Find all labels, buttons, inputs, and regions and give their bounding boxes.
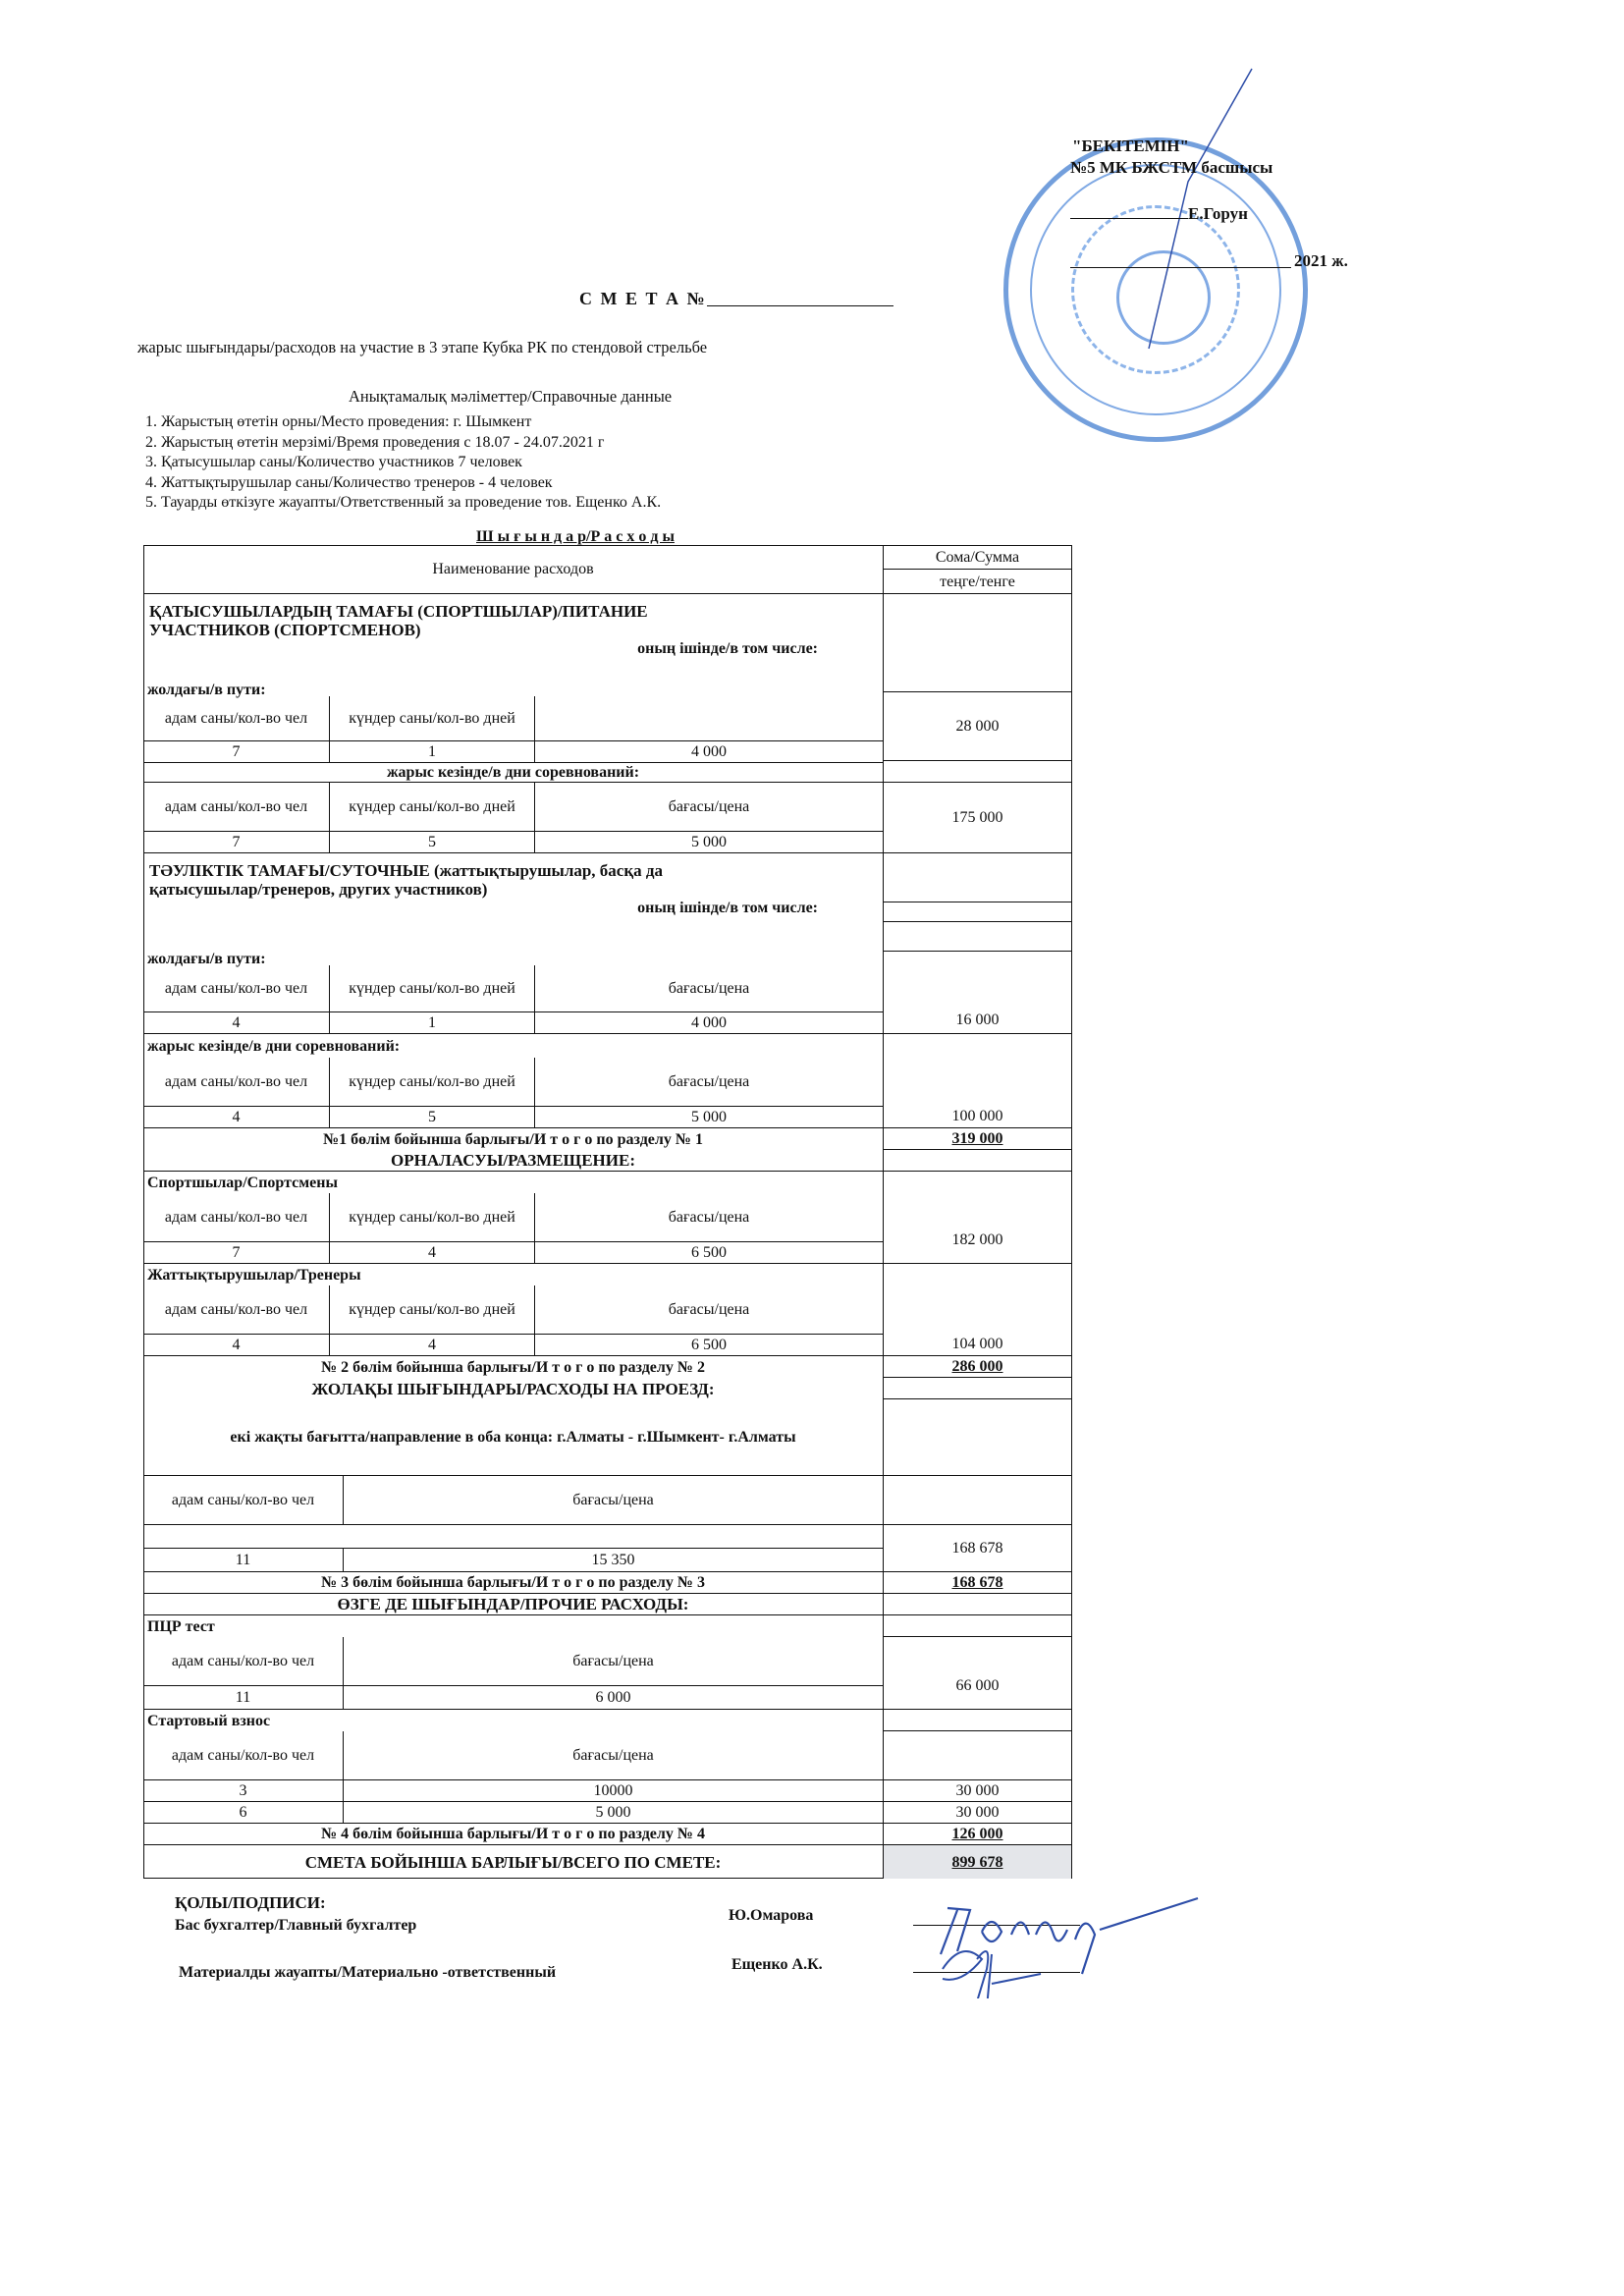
label-people: адам саны/кол-во чел (143, 1193, 330, 1242)
reference-item: 3. Қатысушылар саны/Количество участнико… (145, 453, 661, 473)
value-people: 7 (143, 1242, 330, 1264)
section-2-total: 286 000 (884, 1356, 1072, 1378)
sum-empty (884, 1615, 1072, 1637)
reference-list: 1. Жарыстың өтетін орны/Место проведения… (145, 412, 661, 514)
subsection-label: Жаттықтырушылар/Тренеры (143, 1264, 884, 1285)
value-days: 5 (330, 832, 535, 853)
subsection-label: Спортшылар/Спортсмены (143, 1172, 884, 1193)
value-sum: 175 000 (884, 783, 1072, 853)
value-sum: 30 000 (884, 1802, 1072, 1824)
including-label: оның ішінде/в том числе: (637, 899, 818, 917)
subsection-label: жарыс кезінде/в дни соревнований: (143, 1034, 884, 1058)
sum-empty (884, 1378, 1072, 1399)
chief-signature (903, 1881, 1218, 1998)
responsible-name: Ещенко А.К. (731, 1956, 823, 1974)
value-days: 4 (330, 1335, 535, 1356)
reference-heading: Анықтамалық мәліметтер/Справочные данные (349, 387, 672, 407)
value-days: 1 (330, 1012, 535, 1034)
label-people: адам саны/кол-во чел (143, 1731, 344, 1780)
subsection-label: ПЦР тест (143, 1615, 884, 1637)
reference-item: 1. Жарыстың өтетін орны/Место проведения… (145, 412, 661, 433)
approval-position: №5 МК БЖСТМ басшысы (1070, 157, 1272, 179)
value-price: 6 500 (535, 1242, 884, 1264)
column-header-name: Наименование расходов (143, 545, 884, 594)
subsection-label: жарыс кезінде/в дни соревнований: (143, 763, 884, 783)
reference-item: 4. Жаттықтырушылар саны/Количество трене… (145, 473, 661, 494)
reference-item: 5. Тауарды өткізуге жауапты/Ответственны… (145, 493, 661, 514)
value-price: 15 350 (344, 1549, 884, 1572)
sum-empty (884, 1476, 1072, 1525)
reference-item: 2. Жарыстың өтетін мерзімі/Время проведе… (145, 433, 661, 454)
section-1b-header: ТӘУЛІКТІК ТАМАҒЫ/СУТОЧНЫЕ (жаттықтырушыл… (143, 853, 884, 952)
sum-empty (884, 853, 1072, 902)
value-sum: 104 000 (884, 1264, 1072, 1356)
value-people: 7 (143, 741, 330, 763)
approval-year: 2021 ж. (1294, 251, 1348, 271)
section-1-header: ҚАТЫСУШЫЛАРДЫҢ ТАМАҒЫ (СПОРТШЫЛАР)/ПИТАН… (143, 594, 884, 683)
label-price: бағасы/цена (535, 1193, 884, 1242)
label-price: бағасы/цена (535, 1058, 884, 1107)
sum-empty (884, 1150, 1072, 1172)
sum-empty (884, 1731, 1072, 1780)
grand-total: 899 678 (884, 1845, 1072, 1879)
section-title: ҚАТЫСУШЫЛАРДЫҢ ТАМАҒЫ (СПОРТШЫЛАР)/ПИТАН… (149, 602, 758, 639)
section-1-total: 319 000 (884, 1128, 1072, 1150)
label-people: адам саны/кол-во чел (143, 1058, 330, 1107)
value-sum: 100 000 (884, 1034, 1072, 1128)
value-price: 5 000 (535, 1107, 884, 1128)
label-price: бағасы/цена (535, 783, 884, 832)
value-price: 6 500 (535, 1335, 884, 1356)
label-people: адам саны/кол-во чел (143, 696, 330, 741)
value-sum: 28 000 (884, 692, 1072, 761)
value-sum: 16 000 (884, 952, 1072, 1034)
blank-row (143, 1525, 884, 1549)
value-people: 4 (143, 1012, 330, 1034)
value-people: 3 (143, 1780, 344, 1802)
value-sum: 30 000 (884, 1780, 1072, 1802)
subsection-label: жолдағы/в пути: (143, 683, 884, 696)
sum-empty (884, 1710, 1072, 1731)
chief-accountant-name: Ю.Омарова (729, 1907, 813, 1925)
chief-accountant-role: Бас бухгалтер/Главный бухгалтер (175, 1917, 416, 1935)
value-price: 4 000 (535, 1012, 884, 1034)
section-2-header: ОРНАЛАСУЫ/РАЗМЕЩЕНИЕ: (143, 1150, 884, 1172)
value-people: 11 (143, 1549, 344, 1572)
section-4-total-label: № 4 бөлім бойынша барлығы/И т о г о по р… (143, 1824, 884, 1845)
value-price: 4 000 (535, 741, 884, 763)
value-days: 1 (330, 741, 535, 763)
approval-block: "БЕКІТЕМІН" №5 МК БЖСТМ басшысы (1070, 136, 1272, 179)
label-people: адам саны/кол-во чел (143, 783, 330, 832)
section-2-total-label: № 2 бөлім бойынша барлығы/И т о г о по р… (143, 1356, 884, 1378)
label-people: адам саны/кол-во чел (143, 965, 330, 1012)
value-price: 10000 (344, 1780, 884, 1802)
label-price: бағасы/цена (535, 1285, 884, 1335)
column-header-currency: теңге/тенге (884, 570, 1072, 594)
value-people: 4 (143, 1107, 330, 1128)
label-price: бағасы/цена (344, 1637, 884, 1686)
label-days: күндер саны/кол-во дней (330, 1058, 535, 1107)
value-price: 5 000 (344, 1802, 884, 1824)
value-sum: 182 000 (884, 1172, 1072, 1264)
section-4-total: 126 000 (884, 1824, 1072, 1845)
subsection-label: Стартовый взнос (143, 1710, 884, 1731)
value-people: 7 (143, 832, 330, 853)
label-people: адам саны/кол-во чел (143, 1637, 344, 1686)
label-people: адам саны/кол-во чел (143, 1476, 344, 1525)
document-title: С М Е Т А № (579, 289, 707, 309)
value-days: 5 (330, 1107, 535, 1128)
section-4-header: ӨЗГЕ ДЕ ШЫҒЫНДАР/ПРОЧИЕ РАСХОДЫ: (143, 1594, 884, 1615)
document-subtitle: жарыс шығындары/расходов на участие в 3 … (137, 338, 707, 357)
label-price: бағасы/цена (344, 1476, 884, 1525)
approval-date-line (1070, 267, 1291, 268)
approval-name: Е.Горун (1188, 204, 1248, 224)
value-price: 5 000 (535, 832, 884, 853)
sum-empty (884, 922, 1072, 952)
value-days: 4 (330, 1242, 535, 1264)
label-days: күндер саны/кол-во дней (330, 965, 535, 1012)
label-price: бағасы/цена (344, 1731, 884, 1780)
label-days: күндер саны/кол-во дней (330, 783, 535, 832)
approval-title: "БЕКІТЕМІН" (1072, 136, 1272, 157)
column-header-sum: Сома/Сумма (884, 545, 1072, 570)
sum-empty (884, 761, 1072, 783)
responsible-role: Материалды жауапты/Материально -ответств… (179, 1964, 556, 1982)
sum-empty (884, 594, 1072, 692)
value-people: 6 (143, 1802, 344, 1824)
label-days: күндер саны/кол-во дней (330, 696, 535, 741)
expenses-heading: Ш ы ғ ы н д а р/Р а с х о д ы (476, 528, 675, 546)
subsection-label: жолдағы/в пути: (143, 952, 884, 965)
including-label: оның ішінде/в том числе: (637, 639, 818, 658)
sum-empty (884, 902, 1072, 922)
value-people: 11 (143, 1686, 344, 1710)
sum-empty (884, 1594, 1072, 1615)
label-days: күндер саны/кол-во дней (330, 1285, 535, 1335)
section-title: ТӘУЛІКТІК ТАМАҒЫ/СУТОЧНЫЕ (жаттықтырушыл… (149, 861, 778, 899)
value-sum: 168 678 (884, 1525, 1072, 1572)
section-1-total-label: №1 бөлім бойынша барлығы/И т о г о по ра… (143, 1128, 884, 1150)
value-price: 6 000 (344, 1686, 884, 1710)
grand-total-label: СМЕТА БОЙЫНША БАРЛЫҒЫ/ВСЕГО ПО СМЕТЕ: (143, 1845, 884, 1879)
label-price: бағасы/цена (535, 965, 884, 1012)
label-days: күндер саны/кол-во дней (330, 1193, 535, 1242)
label-price-empty (535, 696, 884, 741)
sum-empty (884, 1399, 1072, 1476)
section-3-total-label: № 3 бөлім бойынша барлығы/И т о г о по р… (143, 1572, 884, 1594)
section-3-header: ЖОЛАҚЫ ШЫҒЫНДАРЫ/РАСХОДЫ НА ПРОЕЗД: (143, 1378, 884, 1399)
approval-sign-line (1070, 218, 1188, 219)
route-description: екі жақты бағытта/направление в оба конц… (143, 1399, 884, 1476)
value-people: 4 (143, 1335, 330, 1356)
signatures-heading: ҚОЛЫ/ПОДПИСИ: (175, 1893, 326, 1913)
document-number-line (707, 305, 893, 306)
label-people: адам саны/кол-во чел (143, 1285, 330, 1335)
value-sum: 66 000 (884, 1637, 1072, 1710)
section-3-total: 168 678 (884, 1572, 1072, 1594)
